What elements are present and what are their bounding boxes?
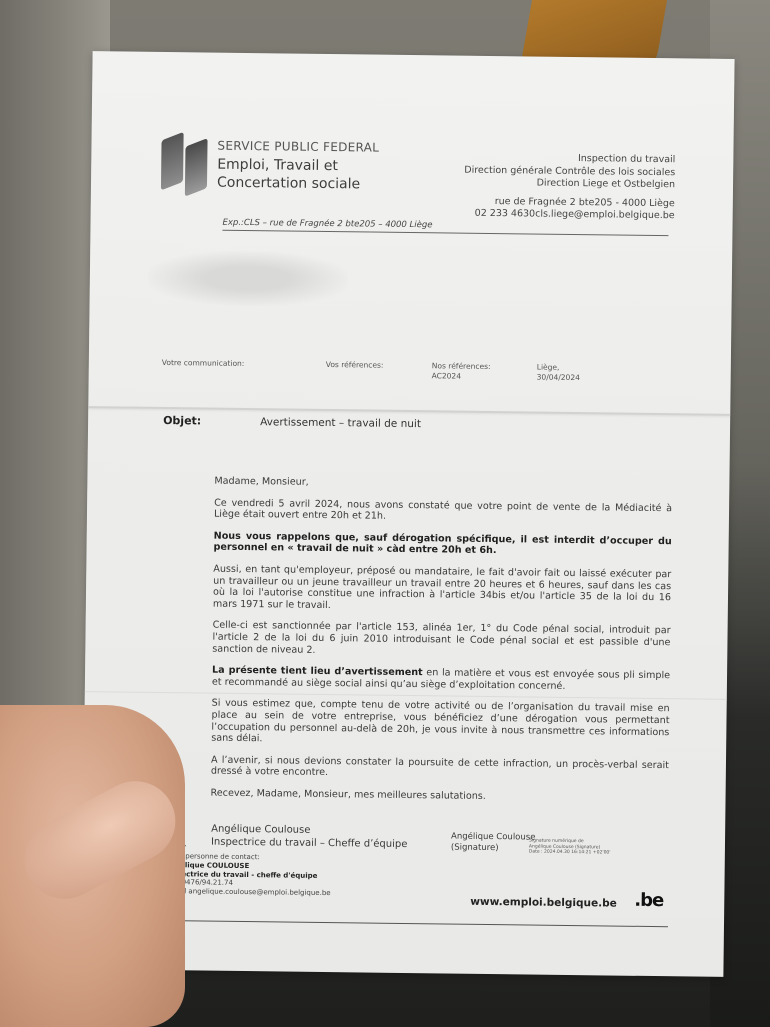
redacted-address	[148, 250, 349, 307]
org-line-3: Concertation sociale	[217, 175, 379, 193]
nos-references-value: AC2024	[432, 371, 491, 382]
org-line-2: Emploi, Travail et	[217, 157, 379, 175]
paragraph: Si vous estimez que, compte tenu de votr…	[211, 698, 670, 750]
sender-line: Direction Liege et Ostbelgien	[464, 177, 675, 192]
contact-block: Votre personne de contact: Angélique COU…	[164, 852, 331, 898]
paragraph: Ce vendredi 5 avril 2024, nous avons con…	[214, 497, 672, 526]
votre-communication-label: Votre communication:	[162, 358, 245, 369]
salutation: Madame, Monsieur,	[214, 476, 672, 493]
nos-references-label: Nos références:	[432, 361, 491, 372]
letter-date: 30/04/2024	[537, 373, 580, 384]
signatory-title: Inspectrice du travail – Cheffe d’équipe	[211, 836, 408, 851]
vos-references-label: Vos références:	[326, 360, 384, 371]
signatory: Angélique Coulouse Inspectrice du travai…	[211, 823, 408, 851]
org-line-1: SERVICE PUBLIC FEDERAL	[217, 139, 379, 155]
digital-signature: Angélique Coulouse (Signature)	[451, 832, 536, 855]
subject-label: Objet:	[163, 414, 201, 427]
divider	[160, 920, 668, 927]
letter-body: Madame, Monsieur, Ce vendredi 5 avril 20…	[210, 476, 672, 815]
paragraph: La présente tient lieu d’avertissement e…	[212, 665, 670, 694]
spf-logo-icon	[159, 132, 210, 189]
digital-signature-details: Signature numérique de Angélique Coulous…	[529, 839, 611, 856]
paragraph: A l’avenir, si nous devions constater la…	[211, 754, 669, 783]
contact-email: e-mail angelique.coulouse@emploi.belgiqu…	[164, 887, 330, 898]
nos-references: Nos références: AC2024	[432, 361, 491, 382]
date-block: Liège, 30/04/2024	[537, 363, 580, 384]
signature-label: (Signature)	[451, 843, 536, 855]
organization-name: SERVICE PUBLIC FEDERAL Emploi, Travail e…	[217, 139, 379, 193]
sender-block: Inspection du travail Direction générale…	[464, 152, 676, 223]
paragraph: Celle-ci est sanctionnée par l'article 1…	[212, 620, 670, 660]
closing: Recevez, Madame, Monsieur, mes meilleure…	[211, 787, 669, 804]
subject-value: Avertissement – travail de nuit	[260, 416, 421, 430]
be-logo-icon: .be	[634, 890, 663, 911]
paragraph: Aussi, en tant qu'employeur, préposé ou …	[213, 564, 672, 616]
place: Liège,	[537, 363, 580, 374]
website-link: www.emploi.belgique.be	[470, 896, 617, 910]
paragraph-emphasis: Nous vous rappelons que, sauf dérogation…	[214, 530, 672, 559]
digital-signature-date: Date : 2024.04.30 16:14:21 +02'00'	[529, 850, 611, 856]
